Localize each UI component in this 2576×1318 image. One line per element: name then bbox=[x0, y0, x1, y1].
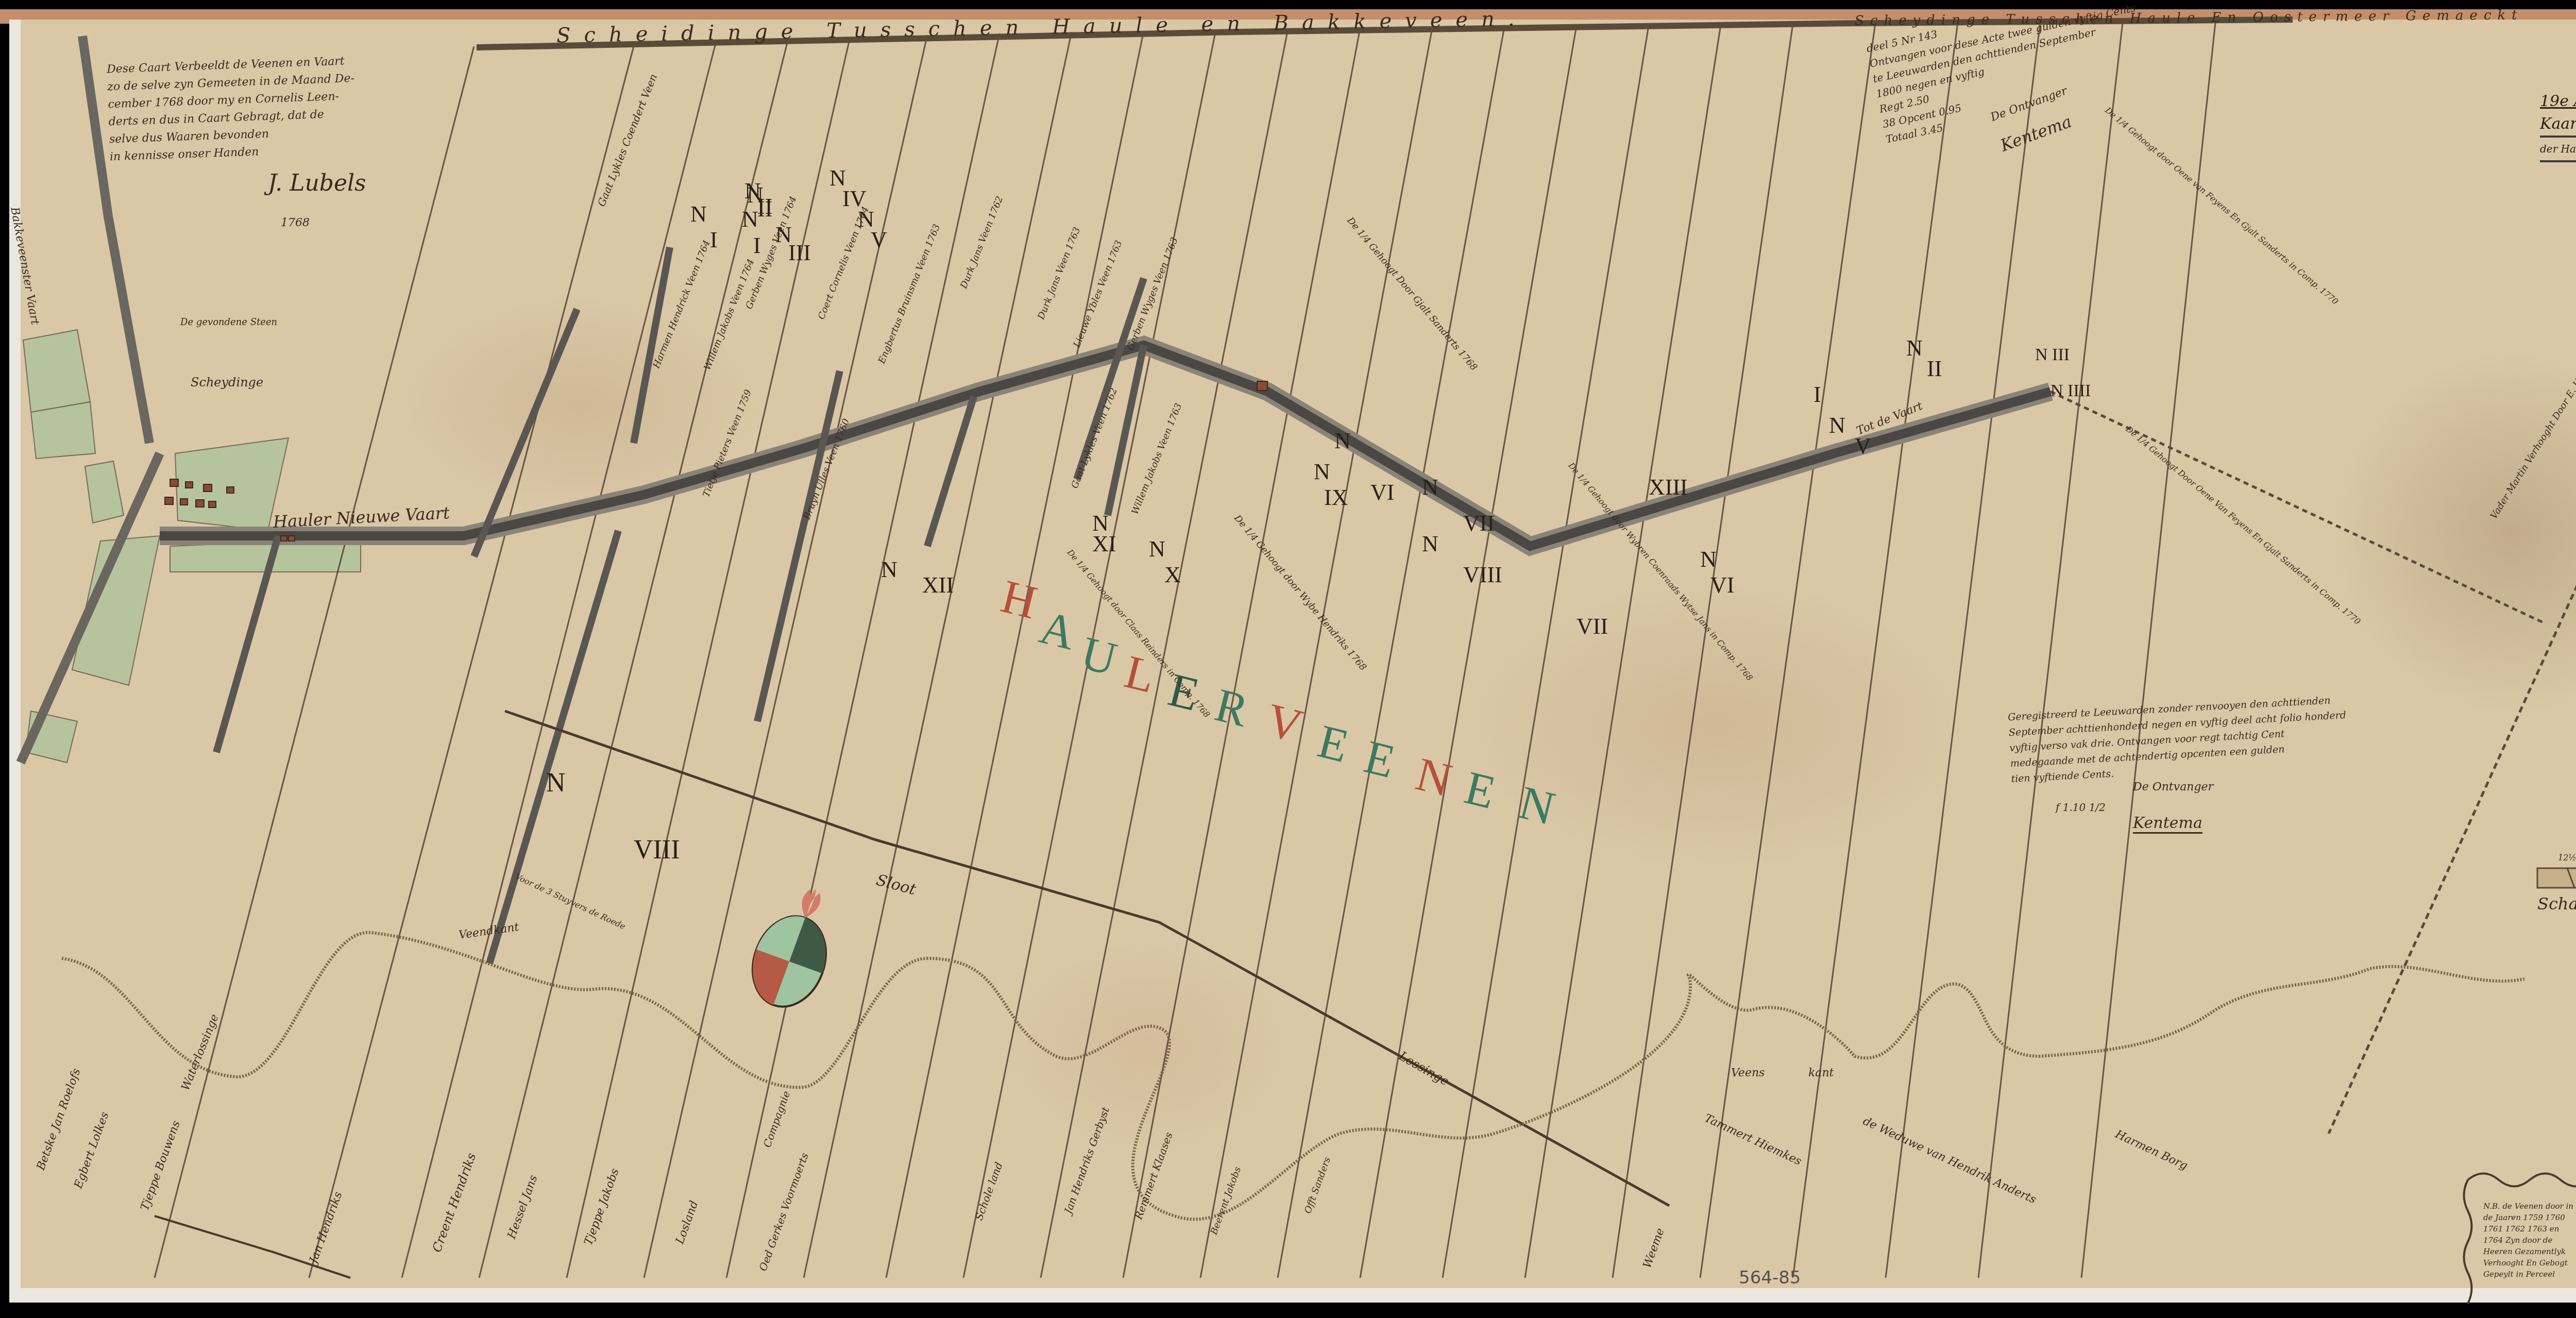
plot-N-IX-n: N bbox=[1314, 459, 1330, 485]
plot-N-XII-num: XII bbox=[922, 572, 954, 598]
label-veens: Veens bbox=[1731, 1067, 1765, 1079]
meadow-fields bbox=[23, 330, 361, 763]
catalog-label-line3: der Hauler Veenen bbox=[2540, 138, 2576, 162]
label-kant: kant bbox=[1808, 1067, 1834, 1079]
east-plot-N-XIII-num: XIII bbox=[1649, 474, 1688, 500]
catalog-label-line1: 19e Afdeeling C 6 bbox=[2540, 90, 2576, 113]
cartouche-note: N.B. de Veenen door in de Jaaren 1759 17… bbox=[2483, 1201, 2576, 1280]
east-plot-N-IIII: N IIII bbox=[2050, 381, 2091, 401]
declaration-date: 1768 bbox=[281, 216, 310, 229]
catalog-label-line2: Kaart van de Veenen bbox=[2540, 113, 2576, 138]
plot-N-III-num: III bbox=[788, 240, 811, 266]
plot-N-VIII-n: N bbox=[1422, 531, 1438, 557]
scale-caption-line1: Schaele Van 125 Coonings bbox=[2537, 894, 2576, 914]
plot-N-VIII-num: VIII bbox=[1463, 562, 1502, 588]
plot-N-VII-num: VII bbox=[1463, 510, 1495, 536]
plot-N-VI-num: VI bbox=[1370, 479, 1394, 505]
plot-N-VI-n: N bbox=[1334, 428, 1351, 454]
scale-tick: 12½ bbox=[2558, 853, 2576, 863]
east-plot-N-II-n: N bbox=[1906, 335, 1923, 361]
east-plot-N-V-num: V bbox=[1855, 433, 1871, 459]
note-line: Gepeylt in Perceel bbox=[2483, 1269, 2576, 1280]
plot-N-IX-num: IX bbox=[1324, 484, 1348, 511]
compass-rose bbox=[740, 877, 849, 1017]
east-diagonal-boundary bbox=[2329, 31, 2576, 1134]
plot-N-II-num-b: II bbox=[757, 196, 772, 222]
note-line: de Jaaren 1759 1760 bbox=[2483, 1212, 2576, 1223]
plot-N-VIII-south-n: N bbox=[546, 768, 566, 798]
label-scheydinge: Scheydinge bbox=[191, 375, 263, 390]
plot-N-X-n: N bbox=[1149, 536, 1165, 562]
registration-middle-amount: f 1.10 1/2 bbox=[2056, 801, 2106, 814]
plot-N-X-num: X bbox=[1164, 562, 1181, 588]
map-drawing bbox=[0, 0, 2576, 1318]
plot-N-VIII-south-num: VIII bbox=[634, 835, 680, 865]
scale-bar bbox=[2537, 868, 2576, 888]
plot-N-I-num: I bbox=[710, 227, 718, 253]
plot-N-I-n: N bbox=[690, 201, 707, 227]
registration-middle-signature: Kentema bbox=[2133, 814, 2202, 834]
note-line: 1764 Zyn door de bbox=[2483, 1235, 2576, 1246]
east-plot-N-VI-n: N bbox=[1700, 546, 1717, 572]
note-line: Verhooght En Gebogt bbox=[2483, 1257, 2576, 1269]
river-stream bbox=[62, 933, 2524, 1220]
plot-N-VII-n: N bbox=[1422, 474, 1438, 500]
east-dotted-boundary bbox=[2050, 392, 2545, 623]
declaration-text: Dese Caart Verbeeldt de Veenen en Vaart … bbox=[107, 53, 358, 166]
plot-N-V-num: V bbox=[871, 227, 887, 253]
east-plot-N-II-num: II bbox=[1927, 356, 1942, 382]
east-plot-N-III: N III bbox=[2035, 345, 2070, 365]
east-plot-N-VII-num: VII bbox=[1577, 613, 1608, 639]
label-gevonden-steen: De gevondene Steen bbox=[180, 317, 277, 328]
east-plot-N-V-n: N bbox=[1829, 412, 1845, 438]
plot-N-XI-num: XI bbox=[1092, 531, 1116, 557]
catalog-number: 564-85 bbox=[1739, 1268, 1801, 1288]
declaration-signature: J. Lubels bbox=[268, 170, 366, 196]
note-line: 1761 1762 1763 en bbox=[2483, 1223, 2576, 1235]
catalog-label: 19e Afdeeling C 6 Kaart van de Veenen de… bbox=[2540, 90, 2576, 162]
note-line: N.B. de Veenen door in bbox=[2483, 1201, 2576, 1212]
note-line: Heeren Gezamentlyk bbox=[2483, 1246, 2576, 1257]
east-plot-N-I-num: I bbox=[1814, 381, 1821, 408]
registration-middle-receiver: De Ontvanger bbox=[2133, 781, 2213, 793]
east-plot-N-VI-num: VI bbox=[1710, 572, 1734, 598]
plot-lines bbox=[155, 23, 2215, 1278]
plot-N-XII-n: N bbox=[881, 556, 897, 583]
